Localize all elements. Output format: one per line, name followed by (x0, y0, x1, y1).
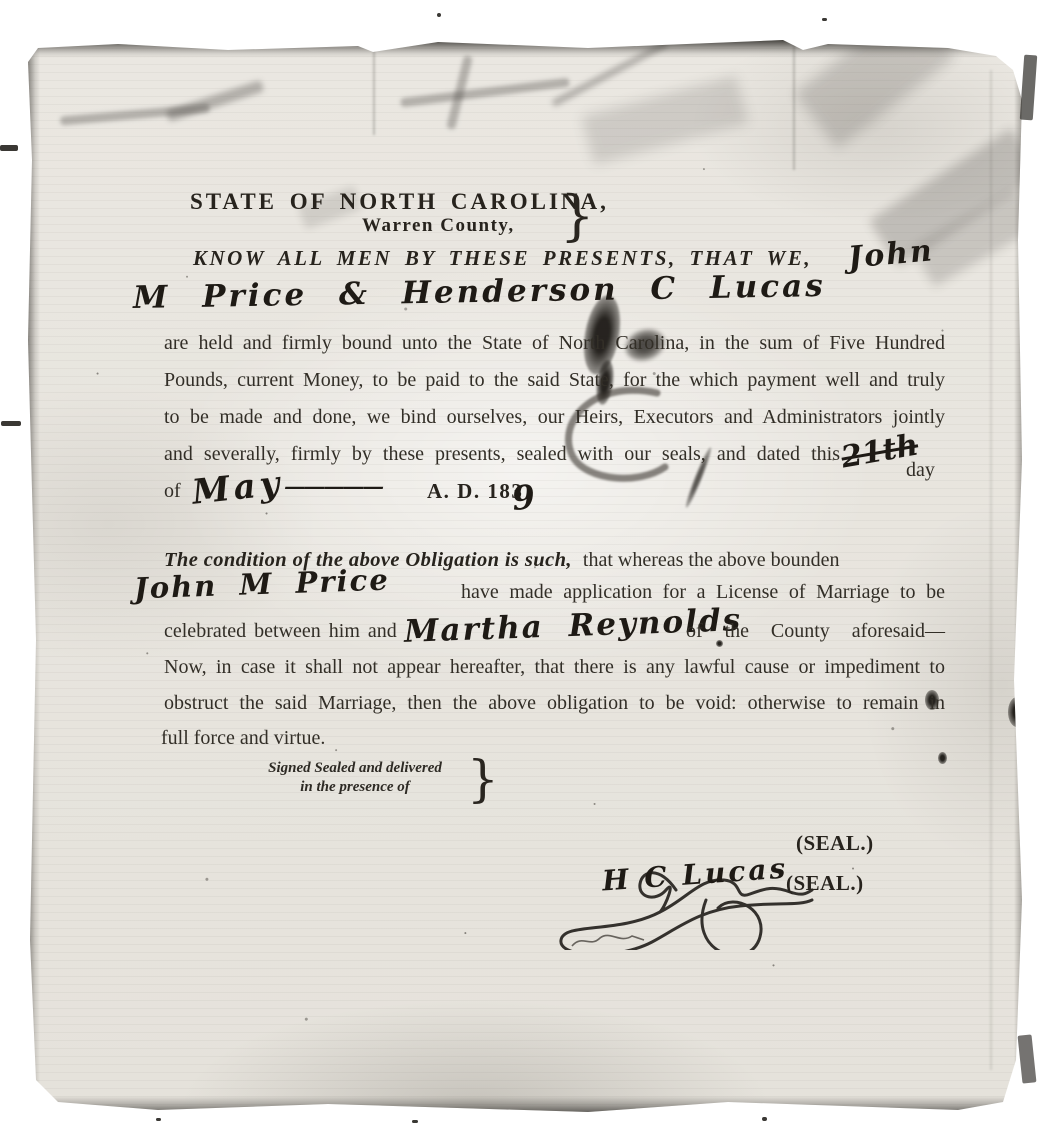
condition-text-line: Now, in case it shall not appear hereaft… (164, 656, 945, 679)
condition-text-line: full force and virtue. (161, 727, 325, 750)
paper-edge-left (28, 40, 40, 1116)
fold-crease (793, 40, 795, 170)
opening-clause: KNOW ALL MEN BY THESE PRESENTS, THAT WE, (193, 246, 812, 271)
condition-text-line: obstruct the said Marriage, then the abo… (164, 692, 945, 715)
handwritten-name-overflow: John (847, 233, 936, 275)
condition-text-line: have made application for a License of M… (461, 581, 945, 604)
header-brace: } (560, 191, 594, 241)
scan-artifact (1020, 55, 1038, 121)
title-county-line: Warren County, (362, 215, 515, 237)
paper-edge-bottom (28, 1096, 1022, 1116)
attestation-brace: } (467, 754, 499, 804)
condition-text-line: celebrated between him and (164, 620, 397, 643)
attestation-block: Signed Sealed and delivered in the prese… (255, 760, 455, 796)
ink-blot (1008, 697, 1026, 727)
scan-artifact (762, 1117, 767, 1121)
bond-text-line: are held and firmly bound unto the State… (164, 332, 945, 355)
attestation-line1: Signed Sealed and delivered (255, 760, 455, 777)
handwritten-year-digit: 9 (510, 477, 537, 518)
condition-lead-rest: that whereas the above bounden (583, 549, 840, 571)
scan-artifact (822, 18, 827, 21)
scan-artifact (0, 145, 18, 151)
paper-edge-right (1014, 40, 1022, 1116)
paper-edge-top (28, 40, 1022, 58)
ink-blot (938, 752, 947, 764)
bond-text-line: and severally, firmly by these presents,… (164, 443, 840, 466)
bond-text-line: Pounds, current Money, to be paid to the… (164, 369, 945, 392)
scan-artifact (156, 1118, 161, 1121)
title-state-line: STATE OF NORTH CAROLINA, (190, 189, 609, 215)
condition-text-line: of the County aforesaid— (686, 620, 945, 643)
scan-artifact (1, 421, 21, 426)
handwritten-rule: ————— (284, 476, 382, 498)
scan-artifact (1018, 1034, 1037, 1083)
attestation-line2: in the presence of (255, 779, 455, 796)
seal-label-bottom: (SEAL.) (786, 871, 864, 896)
day-word: day (906, 459, 935, 482)
scanned-marriage-bond-document: STATE OF NORTH CAROLINA, Warren County, … (0, 0, 1050, 1123)
ink-ring-smudge (553, 385, 683, 490)
year-printed: A. D. 183 (427, 479, 523, 504)
of-word: of (164, 480, 181, 503)
scan-artifact (437, 13, 441, 17)
bond-text-line: to be made and done, we bind ourselves, … (164, 406, 945, 429)
